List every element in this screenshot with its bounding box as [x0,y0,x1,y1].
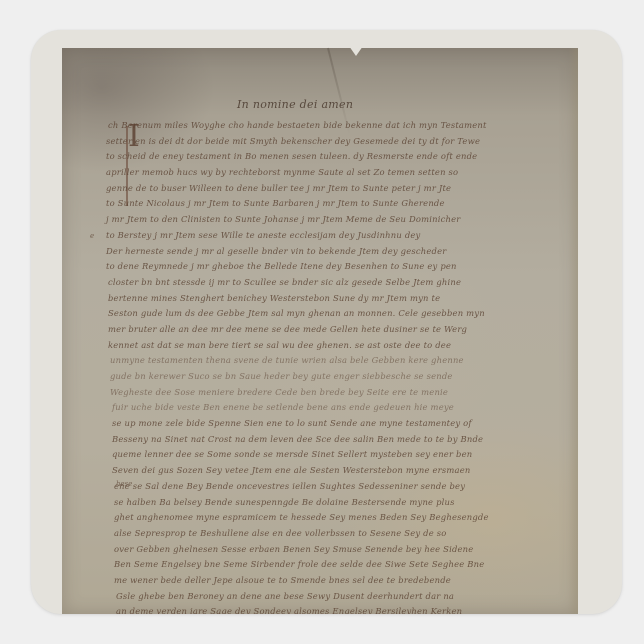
parchment-tear [349,46,363,56]
manuscript-line: Gsle ghebe ben Beroney an dene ane bese … [96,589,524,605]
manuscript-line: setter en is dei dt dor beide mit Smyth … [96,134,524,150]
manuscript-line: se up mone zele bide Spenne Sien ene to … [96,416,524,432]
manuscript-line: to Berstey j mr Jtem sese Wille te anest… [96,228,524,244]
manuscript-body: ch Berenum miles Woyghe cho hande bestae… [96,118,524,614]
manuscript-line: ene se Sal dene Bey Bende oncevestres ie… [96,479,524,495]
sticker: In nomine dei amen I ch Berenum miles Wo… [31,30,622,614]
manuscript-line: Seston gude lum ds dee Gebbe Jtem sal my… [96,306,524,322]
manuscript-line: ghet anghenomee myne espramicem te hesse… [96,510,524,526]
manuscript-line: ch Berenum miles Woyghe cho hande bestae… [96,118,524,134]
margin-note: hese [116,480,132,488]
manuscript-line: to Sunte Nicolaus j mr Jtem to Sunte Bar… [96,196,524,212]
manuscript-line: kennet ast dat se man bere tiert se sal … [96,338,524,354]
manuscript-line: fuir uche bide veste Ben enene be setlen… [96,400,524,416]
manuscript-line: mer bruter alle an dee mr dee mene se de… [96,322,524,338]
manuscript-line: over Gebben ghelnesen Sesse erbaen Benen… [96,542,524,558]
manuscript-line: se halben Ba belsey Bende sunespenngde B… [96,495,524,511]
manuscript-line: Ben Seme Engelsey bne Seme Sirbender fro… [96,557,524,573]
manuscript-line: genne de to buser Willeen to dene buller… [96,181,524,197]
manuscript-line: Besseny na Sinet nat Crost na dem leven … [96,432,524,448]
manuscript-line: alse Sepresprop te Beshullene alse en de… [96,526,524,542]
manuscript-line: bertenne mines Stenghert benichey Wester… [96,291,524,307]
manuscript-line: apriller memob hucs wy by rechteborst my… [96,165,524,181]
manuscript-line: gude bn kerewer Suco se bn Saue heder be… [96,369,524,385]
margin-note: e [90,232,94,240]
manuscript-line: to scheid de eney testament in Bo menen … [96,149,524,165]
manuscript-line: Der herneste sende j mr al geselle bnder… [96,244,524,260]
manuscript-line: an deme verden iare Sage dey Sondeey als… [96,604,524,614]
manuscript-line: to dene Reymnede j mr gheboe the Bellede… [96,259,524,275]
parchment-manuscript: In nomine dei amen I ch Berenum miles Wo… [62,48,578,614]
manuscript-line: queme lenner dee se Some sonde se mersde… [96,447,524,463]
manuscript-heading: In nomine dei amen [237,98,353,111]
manuscript-line: closter bn bnt stessde ij mr to Scullee … [96,275,524,291]
manuscript-line: Seven dei gus Sozen Sey vetee Jtem ene a… [96,463,524,479]
manuscript-line: Wegheste dee Sose meniere bredere Cede b… [96,385,524,401]
manuscript-line: me wener bede deller Jepe alsoue te to S… [96,573,524,589]
manuscript-line: unmyne testamenten thena svene de tunie … [96,353,524,369]
manuscript-line: j mr Jtem to den Clinisten to Sunte Joha… [96,212,524,228]
